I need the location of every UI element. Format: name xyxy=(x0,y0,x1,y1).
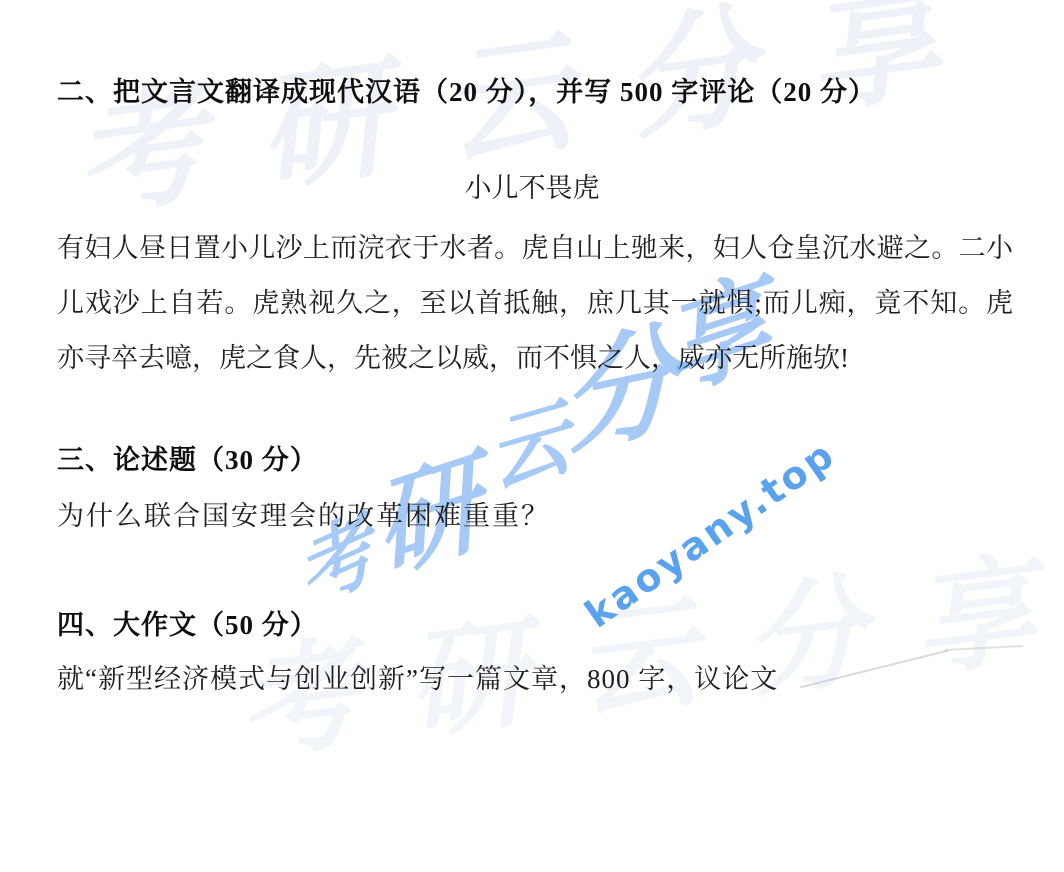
section-4-heading: 四、大作文（50 分） xyxy=(57,603,318,642)
faint-watermark-row-top: 考研云分享 xyxy=(61,0,1003,242)
exam-paper-page: 考研云分享 考研云分享 考 研 云 分 享 kaoyany.top 二、把文言文… xyxy=(0,0,1064,872)
site-url-watermark: kaoyany.top xyxy=(577,431,844,636)
faint-watermark-row-bottom: 考研云分享 xyxy=(228,509,1064,783)
passage-title: 小儿不畏虎 xyxy=(0,166,1064,205)
section-3-question: 为什么联合国安理会的改革困难重重？ xyxy=(57,494,550,533)
section-4-essay-prompt: 就“新型经济模式与创业创新”写一篇文章，800 字，议论文 xyxy=(57,657,778,696)
section-2-heading: 二、把文言文翻译成现代汉语（20 分），并写 500 字评论（20 分） xyxy=(57,70,876,109)
scan-artifact-line xyxy=(945,645,1023,651)
section-3-heading: 三、论述题（30 分） xyxy=(57,438,318,477)
passage-line-3: 亦寻卒去噫，虎之食人，先被之以威，而不惧之人，威亦无所施欤! xyxy=(57,331,1013,386)
passage-line-1: 有妇人昼日置小儿沙上而浣衣于水者。虎自山上驰来，妇人仓皇沉水避之。二小 xyxy=(57,221,1013,276)
passage-line-2: 儿戏沙上自若。虎熟视久之，至以首抵触，庶几其一就惧;而儿痴，竟不知。虎 xyxy=(57,276,1013,331)
passage-body: 有妇人昼日置小儿沙上而浣衣于水者。虎自山上驰来，妇人仓皇沉水避之。二小 儿戏沙上… xyxy=(57,221,1013,386)
calligraphy-watermark-char-yun: 云 xyxy=(480,371,575,511)
scan-artifact-line xyxy=(800,650,948,689)
